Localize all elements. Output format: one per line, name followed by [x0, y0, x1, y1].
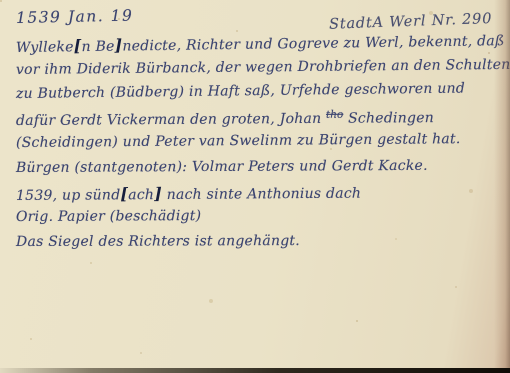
card-bottom-edge [0, 368, 510, 373]
archive-index-card: 1539 Jan. 19 StadtA Werl Nr. 290 Wylleke… [0, 0, 510, 373]
text-segment: dafür Gerdt Vickerman den groten, Johan [16, 111, 326, 129]
manuscript-line: (Scheidingen) und Peter van Swelinm zu B… [16, 131, 500, 160]
text-segment: nach sinte Anthonius dach [162, 185, 361, 202]
card-header: 1539 Jan. 19 StadtA Werl Nr. 290 [0, 0, 510, 27]
manuscript-line: Orig. Papier (beschädigt) [16, 207, 500, 234]
manuscript-line: 1539, up sünd[ach] nach sinte Anthonius … [16, 181, 500, 209]
editorial-bracket: ] [154, 184, 162, 203]
manuscript-line: Bürgen (stantgenoten): Volmar Peters und… [16, 157, 500, 184]
manuscript-line: zu Butberch (Büdberg) in Haft saß, Urfeh… [16, 80, 500, 111]
text-segment: Bürgen (stantgenoten): Volmar Peters und… [16, 158, 428, 176]
text-segment: 1539, up sünd [16, 187, 120, 204]
editorial-bracket: [ [74, 36, 82, 55]
text-segment: (Scheidingen) und Peter van Swelinm zu B… [16, 131, 461, 151]
text-segment: nedicte, Richter und Gogreve zu Werl, be… [122, 33, 504, 54]
text-segment: Das Siegel des Richters ist angehängt. [16, 233, 300, 250]
text-segment: Wylleke [16, 39, 74, 56]
text-segment: Orig. Papier (beschädigt) [16, 208, 201, 225]
manuscript-line: Das Siegel des Richters ist angehängt. [16, 232, 500, 258]
text-segment: ach [128, 187, 154, 203]
archive-reference: StadtA Werl Nr. 290 [329, 11, 493, 33]
text-segment: n Be [81, 39, 114, 55]
struck-word: tho [326, 108, 343, 120]
date-heading: 1539 Jan. 19 [16, 7, 134, 27]
manuscript-text-block: Wylleke[n Be]nedicte, Richter und Gogrev… [16, 37, 500, 258]
text-segment: Schedingen [343, 110, 434, 127]
